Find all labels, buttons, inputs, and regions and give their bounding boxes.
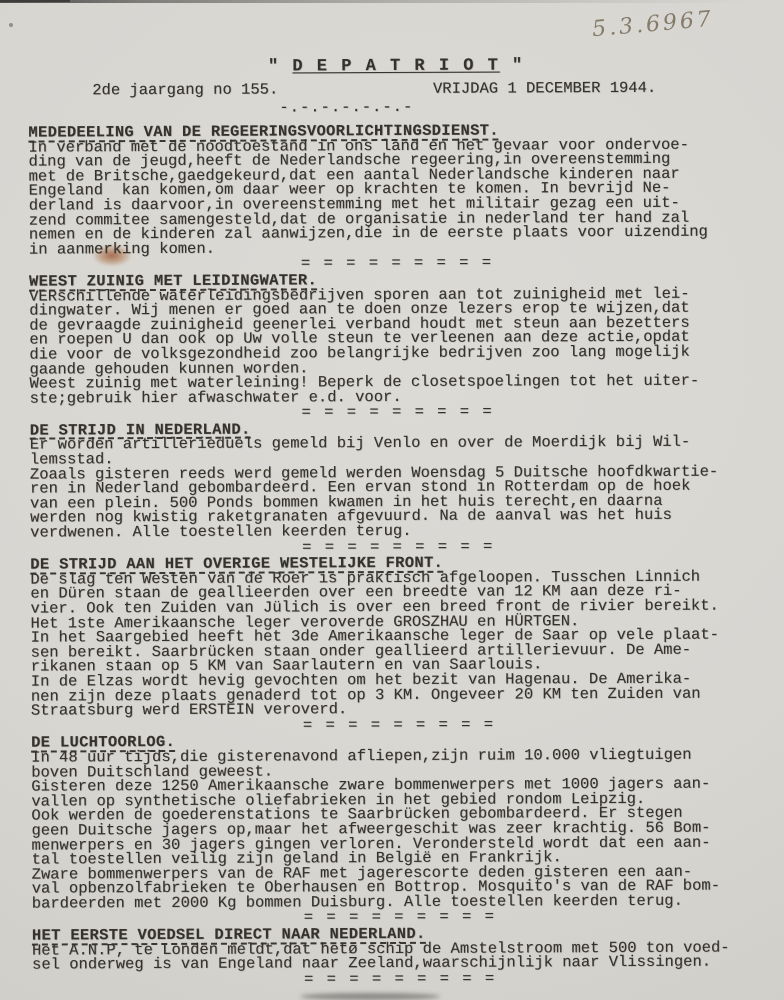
title-open-quote: "	[268, 57, 292, 76]
article-section: WEEST ZUINIG MET LEIDINGWATER. VERschill…	[29, 271, 766, 421]
article-section: DE LUCHTOORLOG. In 48 uur tijds,die gist…	[31, 733, 768, 927]
article-section: MEDEDEELING VAN DE REGEERINGSVOORLICHTIN…	[28, 122, 765, 272]
article-lines: In 48 uur tijds,die gisterenavond afliep…	[31, 747, 768, 911]
issue-row: 2de jaargang no 155. VRIJDAG 1 DECEMBER …	[28, 79, 764, 99]
issue-number: 2de jaargang no 155.	[92, 81, 278, 99]
newspaper-page: " D E P A T R I O T " 2de jaargang no 15…	[0, 0, 784, 1000]
article-lines: Er worden artillerieduels gemeld bij Ven…	[30, 435, 766, 540]
article-lines: Het A.N.P, te Londen meldt,dat hetø schi…	[32, 940, 768, 972]
article-section: DE STRIJD AAN HET OVERIGE WESTELIJKE FRO…	[30, 555, 767, 734]
article-lines: De slag ten Westen van de Roer is prakti…	[30, 569, 767, 718]
article-section: HET EERSTE VOEDSEL DIRECT NAAR NEDERLAND…	[32, 925, 768, 988]
article-section: DE STRIJD IN NEDERLAND. Er worden artill…	[30, 420, 767, 556]
title-text: D E P A T R I O T	[292, 57, 500, 77]
article-lines: VERschillende waterleidingsbedrijven spo…	[29, 286, 766, 406]
masthead-separator: -.-.-.-.-.-.-	[0, 99, 714, 116]
masthead-title: " D E P A T R I O T "	[28, 54, 764, 78]
article-lines: In verband met de noodtoestand in ons la…	[28, 137, 765, 257]
issue-date: VRIJDAG 1 DECEMBER 1944.	[433, 80, 656, 98]
articles: MEDEDEELING VAN DE REGEERINGSVOORLICHTIN…	[28, 122, 768, 988]
article-line: Er worden artillerieduels gemeld bij Ven…	[30, 435, 766, 453]
title-close-quote: "	[500, 56, 524, 75]
